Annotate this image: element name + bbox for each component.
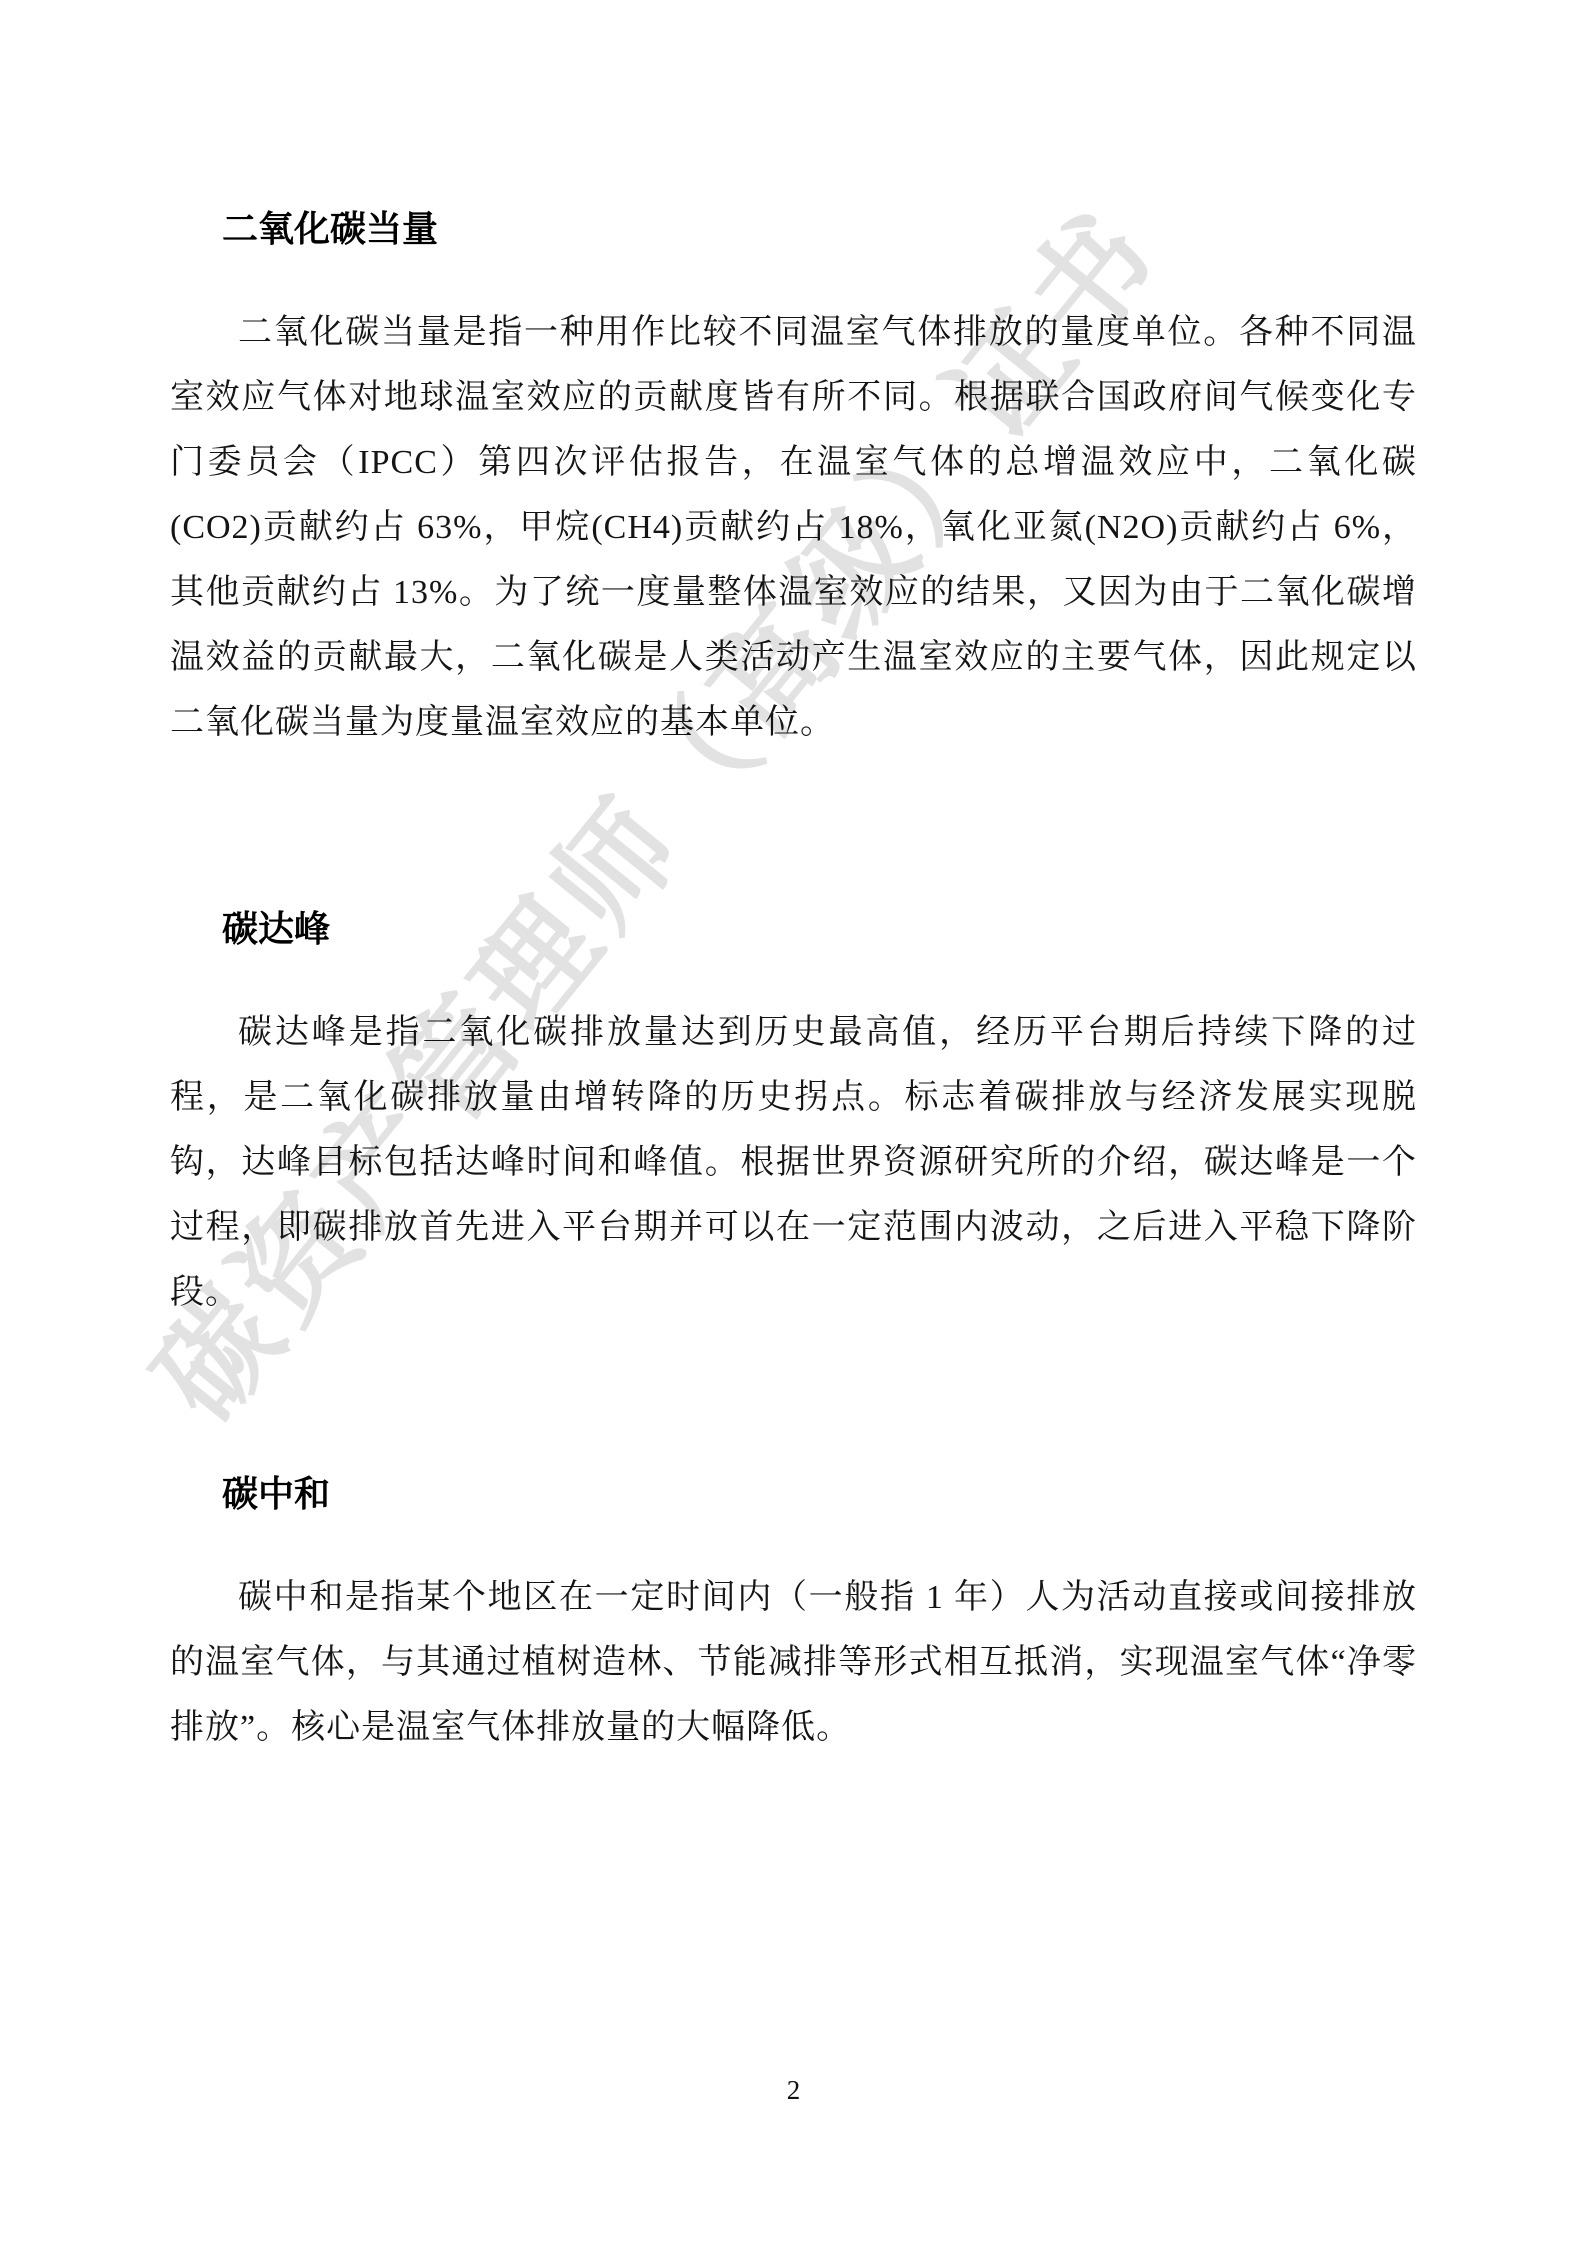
section-heading-co2-equivalent: 二氧化碳当量	[170, 205, 1417, 253]
page-number: 2	[0, 2075, 1587, 2106]
section-heading-carbon-peak: 碳达峰	[170, 905, 1417, 953]
section-paragraph-carbon-peak: 碳达峰是指二氧化碳排放量达到历史最高值，经历平台期后持续下降的过程，是二氧化碳排…	[170, 1000, 1417, 1325]
section-paragraph-carbon-neutrality: 碳中和是指某个地区在一定时间内（一般指 1 年）人为活动直接或间接排放的温室气体…	[170, 1565, 1417, 1760]
section-carbon-neutrality: 碳中和 碳中和是指某个地区在一定时间内（一般指 1 年）人为活动直接或间接排放的…	[170, 1470, 1417, 1760]
section-paragraph-co2-equivalent: 二氧化碳当量是指一种用作比较不同温室气体排放的量度单位。各种不同温室效应气体对地…	[170, 300, 1417, 755]
section-heading-carbon-neutrality: 碳中和	[170, 1470, 1417, 1518]
section-carbon-peak: 碳达峰 碳达峰是指二氧化碳排放量达到历史最高值，经历平台期后持续下降的过程，是二…	[170, 905, 1417, 1325]
document-page: 碳资产管理师（高级）证书 二氧化碳当量 二氧化碳当量是指一种用作比较不同温室气体…	[0, 0, 1587, 2245]
page-content: 二氧化碳当量 二氧化碳当量是指一种用作比较不同温室气体排放的量度单位。各种不同温…	[170, 205, 1417, 1760]
section-co2-equivalent: 二氧化碳当量 二氧化碳当量是指一种用作比较不同温室气体排放的量度单位。各种不同温…	[170, 205, 1417, 755]
